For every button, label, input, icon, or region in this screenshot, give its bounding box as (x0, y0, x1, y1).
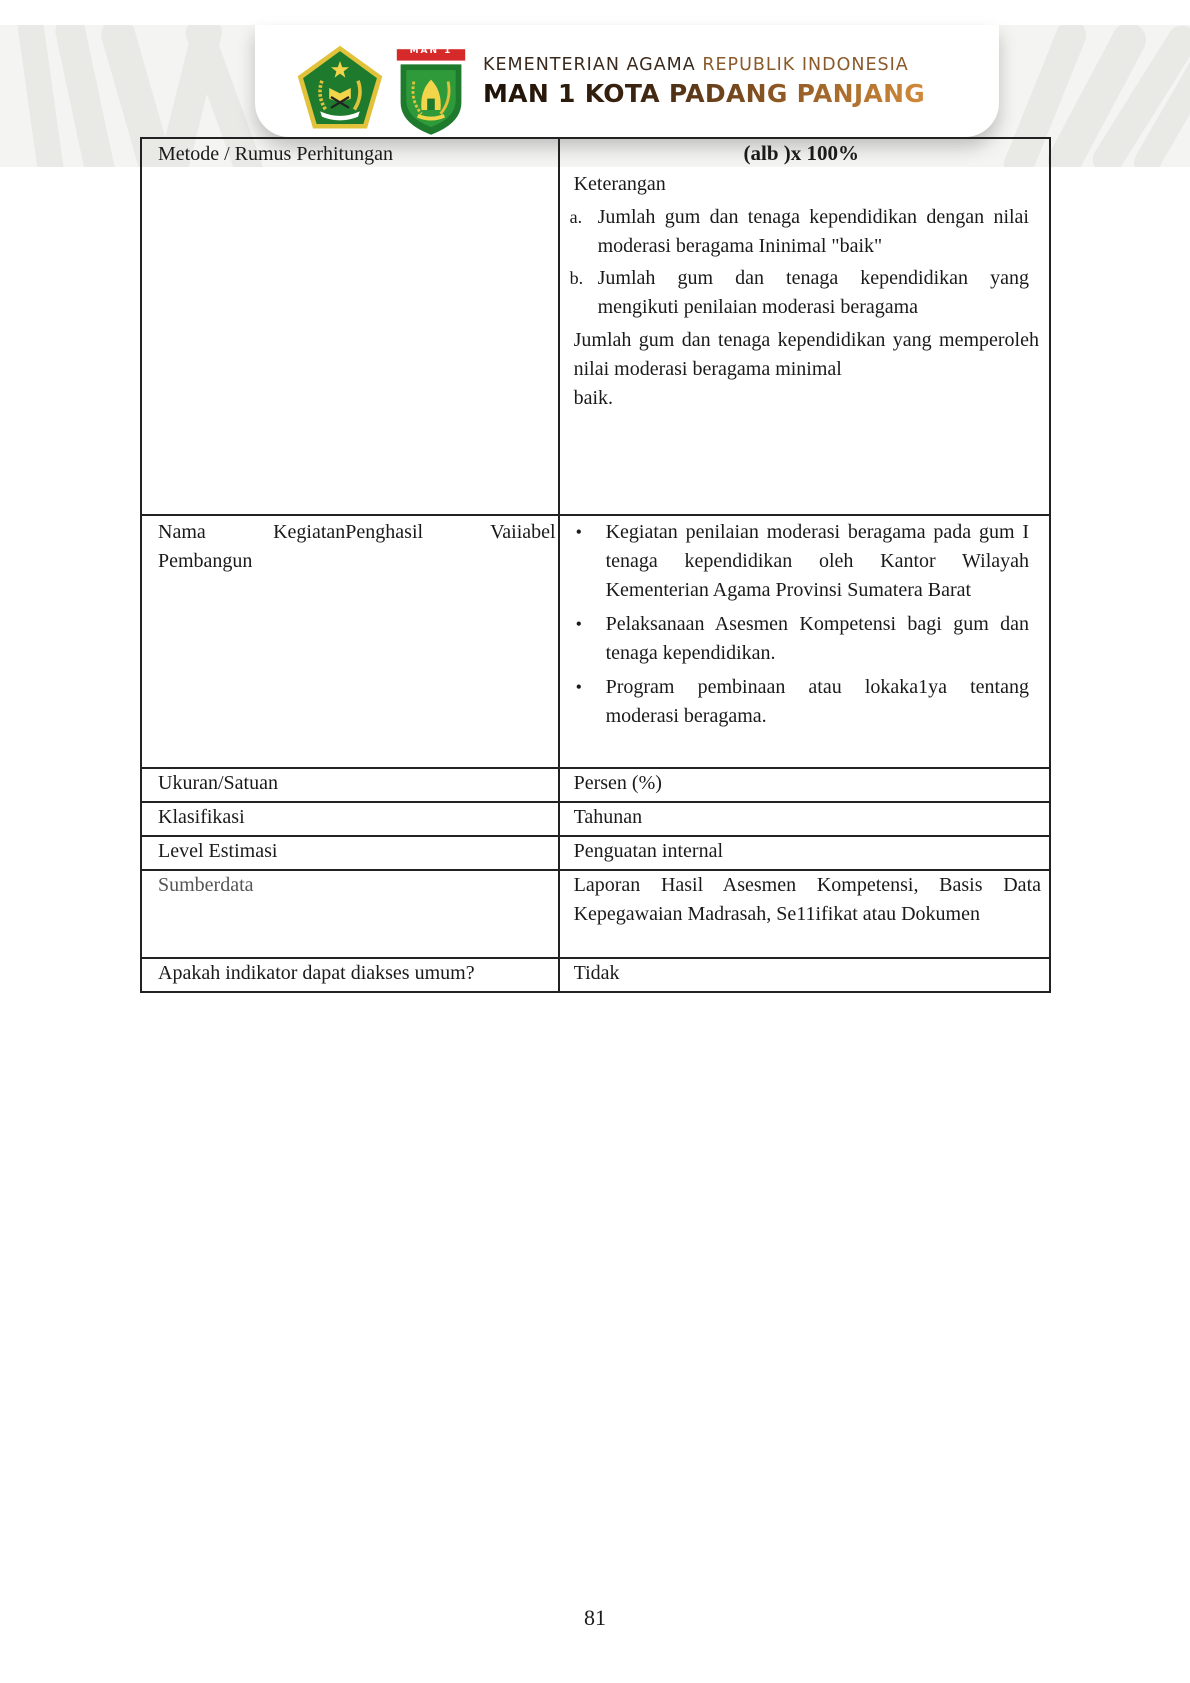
indicator-table: Metode / Rumus Perhitungan (alb )x 100% … (140, 137, 1051, 993)
formula: (alb )x 100% (574, 139, 1029, 168)
kemenag-logo-icon (295, 43, 385, 133)
row-value: •Kegiatan penilaian moderasi beragama pa… (559, 515, 1050, 768)
row-label: Level Estimasi (141, 836, 559, 870)
school-name: MAN 1 KOTA PADANG PANJANG (483, 79, 925, 108)
header-banner: MAN 1 KEMENTERIAN AGAMA REPUBLIK INDONES… (255, 25, 999, 137)
row-value: Laporan Hasil Asesmen Kompetensi, Basis … (559, 870, 1050, 958)
row-value: Persen (%) (559, 768, 1050, 802)
row-label: Nama KegiatanPenghasil Vaiiabel Pembangu… (141, 515, 559, 768)
keterangan-title: Keterangan (574, 170, 1029, 199)
page-number: 81 (0, 1605, 1190, 1631)
list-item: a.Jumlah gum dan tenaga kependidikan den… (574, 203, 1029, 261)
list-item: •Kegiatan penilaian moderasi beragama pa… (568, 518, 1029, 605)
man1-logo-icon (393, 45, 469, 137)
list-item: b.Jumlah gum dan tenaga kependidikan yan… (574, 264, 1029, 322)
sumberdata-text: Laporan Hasil Asesmen Kompetensi, Basis … (574, 871, 1041, 929)
ministry-name-part2: REPUBLIK INDONESIA (702, 55, 908, 75)
bullet-icon: • (576, 673, 582, 702)
row-label: Apakah indikator dapat diakses umum? (141, 958, 559, 992)
list-marker: b. (570, 264, 584, 293)
table-row-level-estimasi: Level Estimasi Penguatan internal (141, 836, 1050, 870)
header-title: KEMENTERIAN AGAMA REPUBLIK INDONESIA MAN… (483, 55, 925, 108)
bullet-icon: • (576, 610, 582, 639)
table-row-metode: Metode / Rumus Perhitungan (alb )x 100% … (141, 138, 1050, 515)
list-item-text: Kegiatan penilaian moderasi beragama pad… (606, 521, 1029, 601)
list-item-text: Jumlah gum dan tenaga kependidikan yang … (598, 267, 1029, 318)
activity-list: •Kegiatan penilaian moderasi beragama pa… (568, 518, 1029, 731)
definition-paragraph: Jumlah gum dan tenaga kependidikan yang … (574, 326, 1039, 384)
bullet-icon: • (576, 518, 582, 547)
row-label: Sumberdata (141, 870, 559, 958)
keterangan-list: a.Jumlah gum dan tenaga kependidikan den… (574, 203, 1029, 322)
label-text: Nama KegiatanPenghasil Vaiiabel Pembangu… (158, 516, 556, 576)
row-label: Ukuran/Satuan (141, 768, 559, 802)
row-value: Tahunan (559, 802, 1050, 836)
list-item: •Program pembinaan atau lokaka1ya tentan… (568, 673, 1029, 731)
row-value: Penguatan internal (559, 836, 1050, 870)
ministry-name: KEMENTERIAN AGAMA REPUBLIK INDONESIA (483, 55, 925, 75)
table-row-ukuran: Ukuran/Satuan Persen (%) (141, 768, 1050, 802)
row-value: Tidak (559, 958, 1050, 992)
definition-paragraph-end: baik. (574, 384, 1029, 413)
list-item-text: Pelaksanaan Asesmen Kompetensi bagi gum … (606, 613, 1029, 664)
table-row-klasifikasi: Klasifikasi Tahunan (141, 802, 1050, 836)
table-row-akses-umum: Apakah indikator dapat diakses umum? Tid… (141, 958, 1050, 992)
ministry-name-part1: KEMENTERIAN AGAMA (483, 55, 702, 75)
list-item: •Pelaksanaan Asesmen Kompetensi bagi gum… (568, 610, 1029, 668)
list-item-text: Jumlah gum dan tenaga kependidikan denga… (598, 206, 1029, 257)
man1-badge-text: MAN 1 (393, 45, 469, 57)
table-row-sumberdata: Sumberdata Laporan Hasil Asesmen Kompete… (141, 870, 1050, 958)
list-item-text: Program pembinaan atau lokaka1ya tentang… (606, 676, 1029, 727)
row-value: (alb )x 100% Keterangan a.Jumlah gum dan… (559, 138, 1050, 515)
row-label: Metode / Rumus Perhitungan (141, 138, 559, 515)
label-text: Metode / Rumus Perhitungan (158, 139, 548, 169)
row-label: Klasifikasi (141, 802, 559, 836)
list-marker: a. (570, 203, 583, 232)
table-row-kegiatan: Nama KegiatanPenghasil Vaiiabel Pembangu… (141, 515, 1050, 768)
